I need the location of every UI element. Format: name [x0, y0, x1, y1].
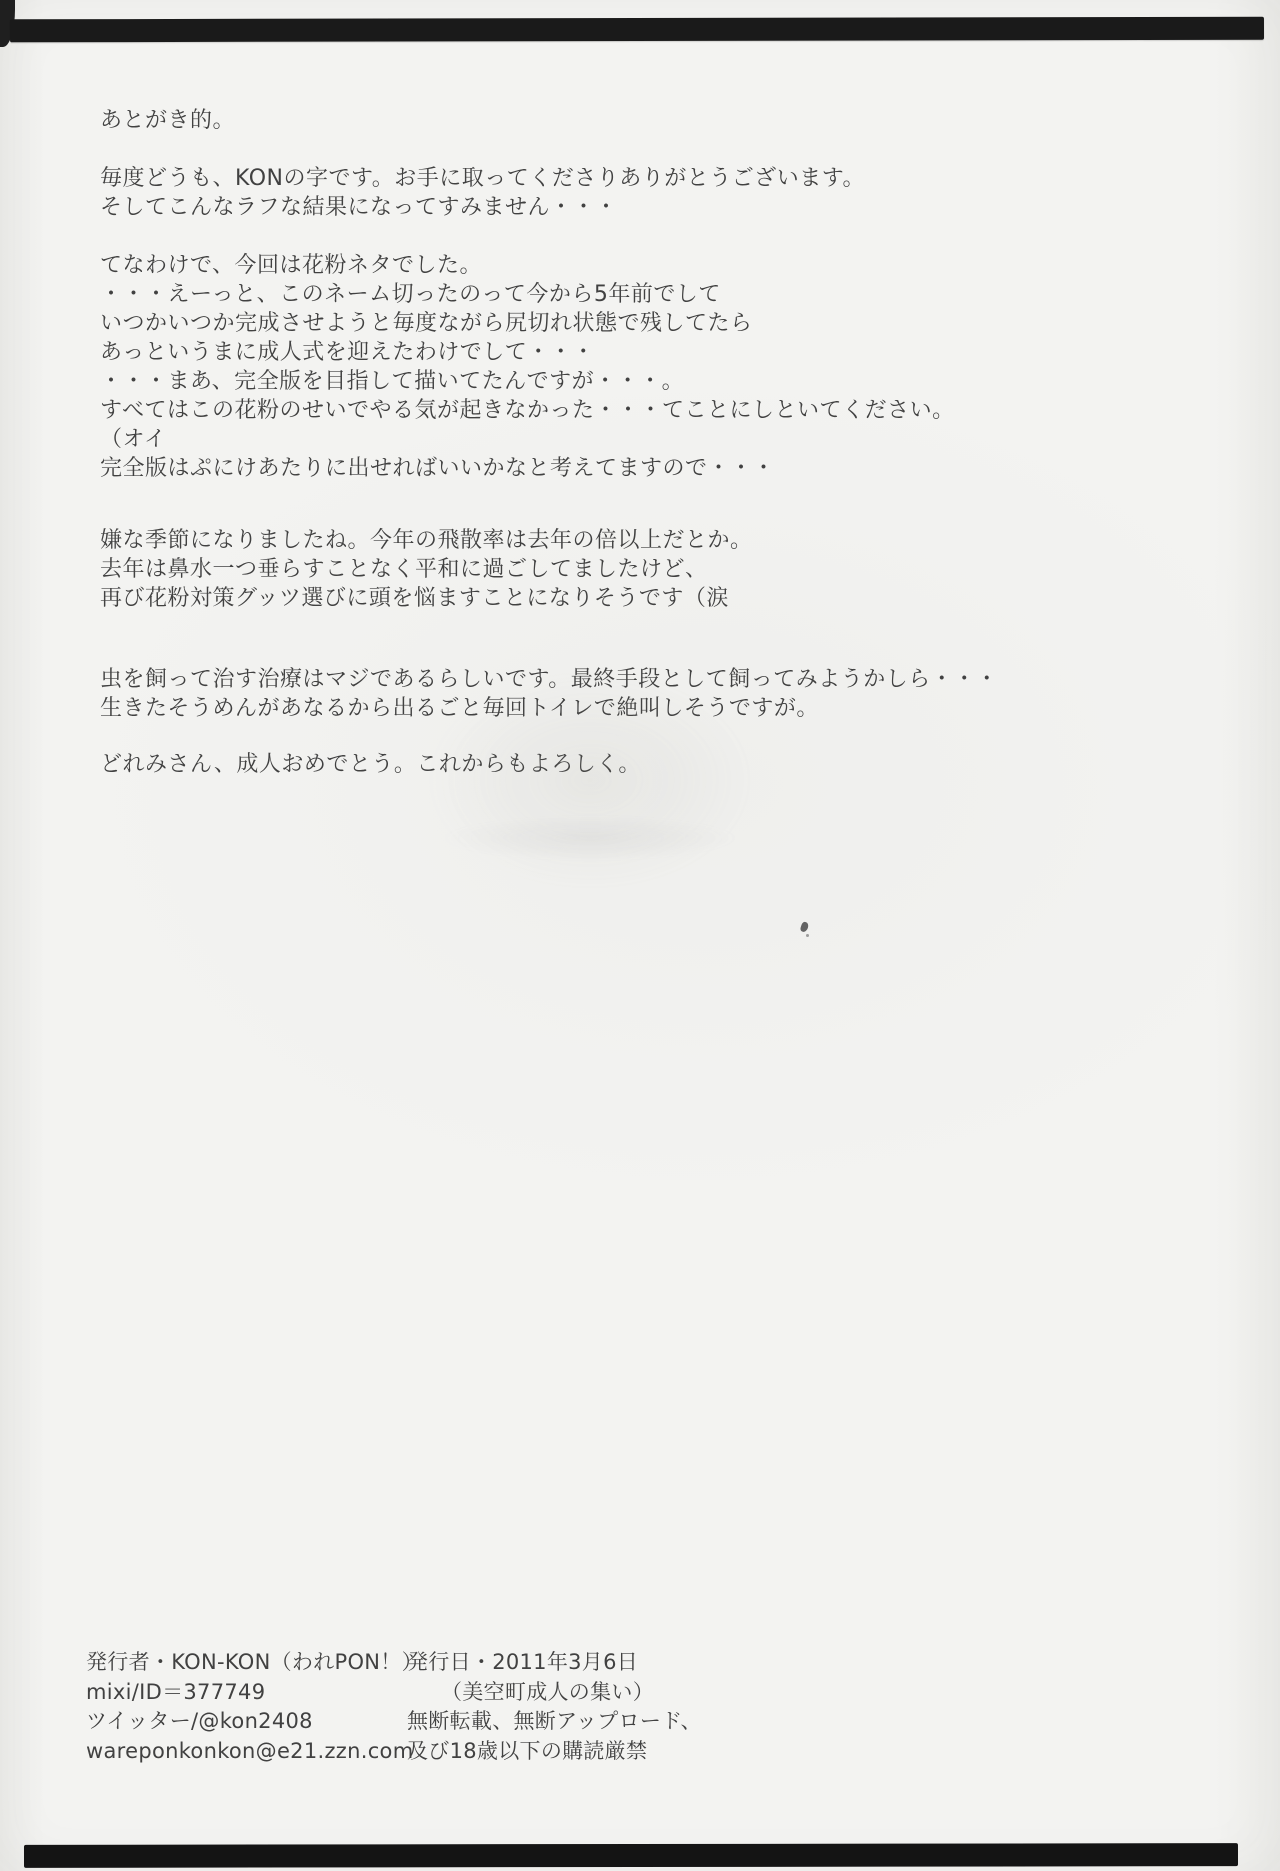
twitter-line: ツイッター/@kon2408 [86, 1707, 423, 1737]
afterword-title: あとがき的。 [100, 106, 998, 135]
top-border-bar [10, 17, 1264, 43]
afterword-paragraph: 毎度どうも、KONの字です。お手に取ってくださりありがとうございます。 そしてこ… [100, 164, 998, 222]
afterword-line: ・・・えーっと、このネーム切ったのって今から5年前でして [100, 280, 998, 309]
afterword-paragraph: てなわけで、今回は花粉ネタでした。 ・・・えーっと、このネーム切ったのって今から… [100, 251, 998, 483]
email-line: wareponkonkon@e21.zzn.com [86, 1737, 423, 1767]
afterword-paragraph: どれみさん、成人おめでとう。これからもよろしく。 [100, 750, 998, 779]
afterword-line: すべてはこの花粉のせいでやる気が起きなかった・・・てことにしといてください。 [100, 396, 998, 425]
afterword-paragraph: 虫を飼って治す治療はマジであるらしいです。最終手段として飼ってみようかしら・・・… [100, 665, 998, 723]
afterword-paragraph: 嫌な季節になりましたね。今年の飛散率は去年の倍以上だとか。 去年は鼻水一つ垂らす… [100, 526, 998, 613]
scanned-page: あとがき的。 毎度どうも、KONの字です。お手に取ってくださりありがとうございま… [0, 0, 1280, 1871]
afterword-text: あとがき的。 毎度どうも、KONの字です。お手に取ってくださりありがとうございま… [100, 106, 998, 779]
notice-line: 及び18歳以下の購読厳禁 [407, 1737, 702, 1767]
afterword-line: あっというまに成人式を迎えたわけでして・・・ [100, 338, 998, 367]
event-name-line: （美空町成人の集い） [407, 1678, 702, 1708]
afterword-line: （オイ [100, 425, 998, 454]
afterword-line: ・・・まあ、完全版を目指して描いてたんですが・・・。 [100, 367, 998, 396]
publisher-line: 発行者・KON-KON（われPON！） [86, 1648, 423, 1678]
notice-line: 無断転載、無断アップロード、 [407, 1707, 702, 1737]
afterword-line: 嫌な季節になりましたね。今年の飛散率は去年の倍以上だとか。 [100, 526, 998, 555]
afterword-line: 再び花粉対策グッツ選びに頭を悩ますことになりそうです（涙 [100, 584, 998, 613]
afterword-line: 毎度どうも、KONの字です。お手に取ってくださりありがとうございます。 [100, 164, 998, 193]
afterword-line: 完全版はぷにけあたりに出せればいいかなと考えてますので・・・ [100, 454, 998, 483]
colophon-issue-block: 発行日・2011年3月6日 （美空町成人の集い） 無断転載、無断アップロード、 … [407, 1648, 702, 1766]
mixi-id-line: mixi/ID＝377749 [86, 1678, 423, 1708]
afterword-line: 生きたそうめんがあなるから出るごと毎回トイレで絶叫しそうですが。 [100, 694, 998, 723]
bottom-border-bar [24, 1843, 1238, 1868]
afterword-line: いつかいつか完成させようと毎度ながら尻切れ状態で残してたら [100, 309, 998, 338]
afterword-line: 去年は鼻水一つ垂らすことなく平和に過ごしてましたけど、 [100, 555, 998, 584]
colophon-publisher-block: 発行者・KON-KON（われPON！） mixi/ID＝377749 ツイッター… [86, 1648, 423, 1766]
scan-speck [800, 921, 810, 933]
afterword-line: どれみさん、成人おめでとう。これからもよろしく。 [100, 750, 998, 779]
afterword-line: そしてこんなラフな結果になってすみません・・・ [100, 193, 998, 222]
afterword-line: 虫を飼って治す治療はマジであるらしいです。最終手段として飼ってみようかしら・・・ [100, 665, 998, 694]
issue-date-line: 発行日・2011年3月6日 [407, 1648, 702, 1678]
scan-speck [806, 934, 809, 937]
ink-show-through-stain [440, 815, 740, 861]
afterword-line: てなわけで、今回は花粉ネタでした。 [100, 251, 998, 280]
